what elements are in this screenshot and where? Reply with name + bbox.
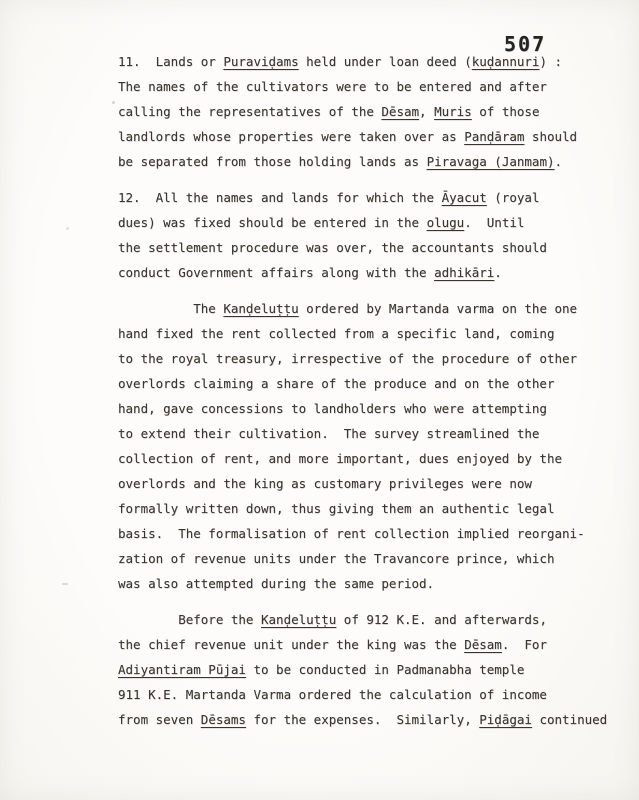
text-line: was also attempted during the same perio… [118, 571, 623, 596]
text-segment: ) : [539, 54, 562, 69]
text-line: calling the representatives of the Dēsam… [118, 99, 623, 124]
text-segment: hand fixed the rent collected from a spe… [118, 326, 555, 341]
text-line: The names of the cultivators were to be … [118, 74, 623, 99]
text-segment: the chief revenue unit under the king wa… [118, 637, 464, 652]
underlined-term: Piḍāgai [479, 712, 532, 727]
text-segment: formally written down, thus giving them … [118, 501, 555, 516]
text-segment: hand, gave concessions to landholders wh… [118, 401, 547, 416]
scan-speck [112, 101, 115, 104]
text-line: dues) was fixed should be entered in the… [118, 210, 623, 235]
text-line: to the royal treasury, irrespective of t… [118, 346, 623, 371]
text-line: overlords claiming a share of the produc… [118, 371, 623, 396]
scan-speck [66, 227, 69, 230]
text-line: conduct Government affairs along with th… [118, 260, 623, 285]
scan-speck [62, 583, 68, 585]
text-segment: . [555, 154, 563, 169]
text-segment: . For [502, 637, 547, 652]
text-segment: , [419, 104, 434, 119]
text-segment: dues) was fixed should be entered in the [118, 215, 427, 230]
underlined-term: Puraviḍams [223, 54, 298, 69]
text-line: to extend their cultivation. The survey … [118, 421, 623, 446]
document-page: 507 11. Lands or Puraviḍams held under l… [0, 0, 639, 800]
text-line: 11. Lands or Puraviḍams held under loan … [118, 49, 623, 74]
text-segment: 11. Lands or [118, 54, 223, 69]
text-segment: 911 K.E. Martanda Varma ordered the calc… [118, 687, 547, 702]
underlined-term: Dēsam [381, 104, 419, 119]
text-segment: calling the representatives of the [118, 104, 381, 119]
text-segment: from seven [118, 712, 201, 727]
underlined-term: Kanḍeluṭṭu [223, 301, 298, 316]
text-segment: held under loan deed ( [299, 54, 472, 69]
paragraph: Before the Kanḍeluṭṭu of 912 K.E. and af… [118, 607, 623, 732]
paragraph: The Kanḍeluṭṭu ordered by Martanda varma… [118, 296, 623, 596]
text-segment: Before the [118, 612, 261, 627]
text-segment: should [524, 129, 577, 144]
text-segment: for the expenses. Similarly, [246, 712, 479, 727]
text-segment: be separated from those holding lands as [118, 154, 427, 169]
text-segment: . [494, 265, 502, 280]
paragraph: 12. All the names and lands for which th… [118, 185, 623, 285]
text-line: the settlement procedure was over, the a… [118, 235, 623, 260]
text-segment: to the royal treasury, irrespective of t… [118, 351, 577, 366]
text-segment: overlords and the king as customary priv… [118, 476, 532, 491]
text-line: basis. The formalisation of rent collect… [118, 521, 623, 546]
text-segment: (royal [487, 190, 540, 205]
text-line: The Kanḍeluṭṭu ordered by Martanda varma… [118, 296, 623, 321]
underlined-term: adhikāri [434, 265, 494, 280]
text-line: the chief revenue unit under the king wa… [118, 632, 623, 657]
text-segment: The [118, 301, 223, 316]
text-segment: ordered by Martanda varma on the one [299, 301, 577, 316]
text-segment: to extend their cultivation. The survey … [118, 426, 539, 441]
text-line: hand, gave concessions to landholders wh… [118, 396, 623, 421]
text-segment: was also attempted during the same perio… [118, 576, 434, 591]
text-segment: overlords claiming a share of the produc… [118, 376, 555, 391]
underlined-term: olugu [427, 215, 465, 230]
text-line: 12. All the names and lands for which th… [118, 185, 623, 210]
text-line: 911 K.E. Martanda Varma ordered the calc… [118, 682, 623, 707]
underlined-term: kuḍannuri [472, 54, 540, 69]
text-segment: basis. The formalisation of rent collect… [118, 526, 585, 541]
underlined-term: Dēsams [201, 712, 246, 727]
text-line: Adiyantiram Pūjai to be conducted in Pad… [118, 657, 623, 682]
underlined-term: Panḍāram [464, 129, 524, 144]
underlined-term: Piravaga (Janmam) [427, 154, 555, 169]
text-line: from seven Dēsams for the expenses. Simi… [118, 707, 623, 732]
text-line: landlords whose properties were taken ov… [118, 124, 623, 149]
text-segment: collection of rent, and more important, … [118, 451, 562, 466]
text-line: formally written down, thus giving them … [118, 496, 623, 521]
underlined-term: Āyacut [442, 190, 487, 205]
text-segment: to be conducted in Padmanabha temple [246, 662, 524, 677]
text-line: overlords and the king as customary priv… [118, 471, 623, 496]
paragraph: 11. Lands or Puraviḍams held under loan … [118, 49, 623, 174]
text-line: Before the Kanḍeluṭṭu of 912 K.E. and af… [118, 607, 623, 632]
underlined-term: Dēsam [464, 637, 502, 652]
underlined-term: Muris [434, 104, 472, 119]
text-line: be separated from those holding lands as… [118, 149, 623, 174]
text-segment: of 912 K.E. and afterwards, [336, 612, 547, 627]
text-segment: continued [532, 712, 607, 727]
text-segment: . Until [464, 215, 524, 230]
text-line: zation of revenue units under the Travan… [118, 546, 623, 571]
text-segment: landlords whose properties were taken ov… [118, 129, 464, 144]
text-line: hand fixed the rent collected from a spe… [118, 321, 623, 346]
text-segment: 12. All the names and lands for which th… [118, 190, 442, 205]
text-segment: of those [472, 104, 540, 119]
text-block: 11. Lands or Puraviḍams held under loan … [118, 49, 623, 732]
text-segment: conduct Government affairs along with th… [118, 265, 434, 280]
text-line: collection of rent, and more important, … [118, 446, 623, 471]
text-segment: zation of revenue units under the Travan… [118, 551, 555, 566]
text-segment: the settlement procedure was over, the a… [118, 240, 547, 255]
underlined-term: Kanḍeluṭṭu [261, 612, 336, 627]
text-segment: The names of the cultivators were to be … [118, 79, 547, 94]
underlined-term: Adiyantiram Pūjai [118, 662, 246, 677]
